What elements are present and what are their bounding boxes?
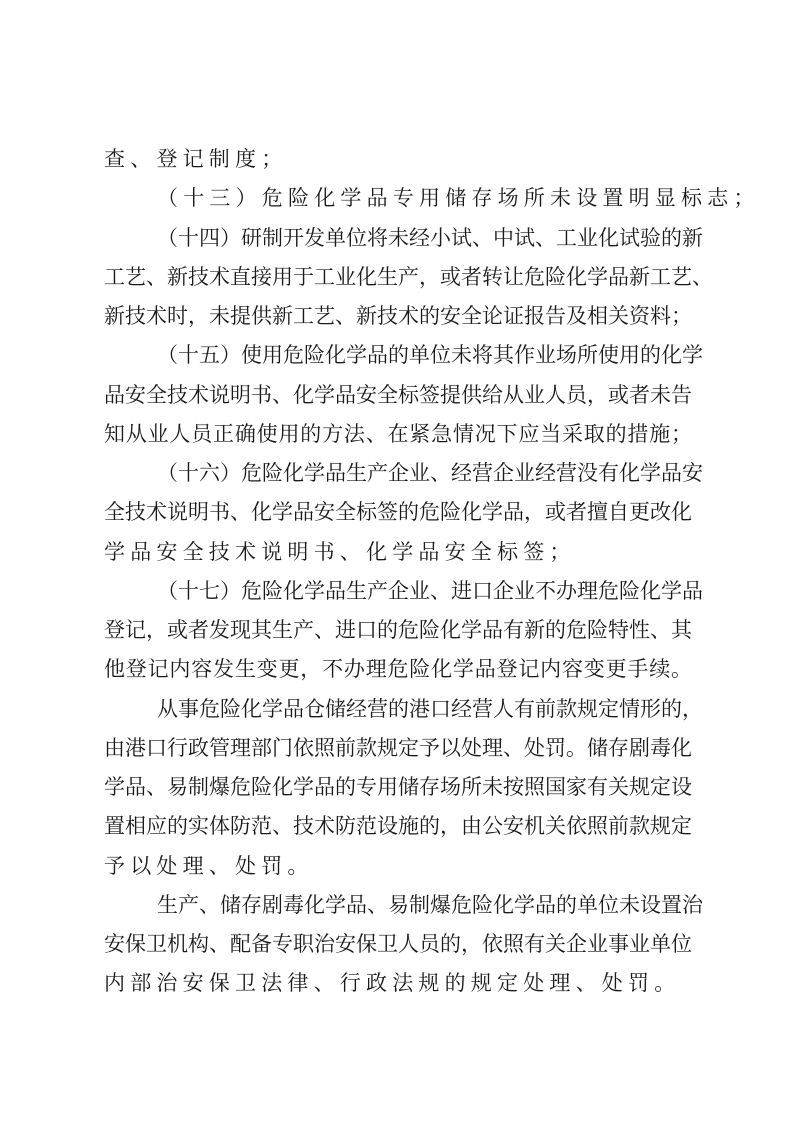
text-line: 置相应的实体防范、技术防范设施的，由公安机关依照前款规定	[104, 807, 692, 846]
text-line: 学品、易制爆危险化学品的专用储存场所未按照国家有关规定设	[104, 768, 692, 807]
text-line: 由港口行政管理部门依照前款规定予以处理、处罚。储存剧毒化	[104, 729, 692, 768]
text-line: 工艺、新技术直接用于工业化生产，或者转让危险化学品新工艺、	[104, 258, 692, 297]
text-line: 新技术时，未提供新工艺、新技术的安全论证报告及相关资料；	[104, 297, 692, 336]
text-line: 他登记内容发生变更，不办理危险化学品登记内容变更手续。	[104, 650, 692, 689]
text-line: （十三）危险化学品专用储存场所未设置明显标志；	[104, 179, 692, 218]
paragraph-continuation: 查、登记制度；	[104, 140, 692, 179]
paragraph-item-14: （十四）研制开发单位将未经小试、中试、工业化试验的新 工艺、新技术直接用于工业化…	[104, 219, 692, 337]
text-line: 登记，或者发现其生产、进口的危险化学品有新的危险特性、其	[104, 611, 692, 650]
paragraph-item-15: （十五）使用危险化学品的单位未将其作业场所使用的化学 品安全技术说明书、化学品安…	[104, 336, 692, 454]
text-line: （十四）研制开发单位将未经小试、中试、工业化试验的新	[104, 219, 692, 258]
text-line: 品安全技术说明书、化学品安全标签提供给从业人员，或者未告	[104, 376, 692, 415]
paragraph-item-17: （十七）危险化学品生产企业、进口企业不办理危险化学品 登记，或者发现其生产、进口…	[104, 572, 692, 690]
text-line: 从事危险化学品仓储经营的港口经营人有前款规定情形的，	[104, 690, 692, 729]
text-line: 予以处理、处罚。	[104, 847, 692, 886]
paragraph-port-operator: 从事危险化学品仓储经营的港口经营人有前款规定情形的， 由港口行政管理部门依照前款…	[104, 690, 692, 886]
document-page: 查、登记制度； （十三）危险化学品专用储存场所未设置明显标志； （十四）研制开发…	[104, 140, 692, 1004]
text-line: （十七）危险化学品生产企业、进口企业不办理危险化学品	[104, 572, 692, 611]
paragraph-item-16: （十六）危险化学品生产企业、经营企业经营没有化学品安 全技术说明书、化学品安全标…	[104, 454, 692, 572]
text-line: 内部治安保卫法律、行政法规的规定处理、处罚。	[104, 964, 692, 1003]
text-line: 全技术说明书、化学品安全标签的危险化学品，或者擅自更改化	[104, 493, 692, 532]
text-line: （十六）危险化学品生产企业、经营企业经营没有化学品安	[104, 454, 692, 493]
text-line: 查、登记制度；	[104, 140, 692, 179]
text-line: 学品安全技术说明书、化学品安全标签；	[104, 533, 692, 572]
text-line: （十五）使用危险化学品的单位未将其作业场所使用的化学	[104, 336, 692, 375]
paragraph-security-units: 生产、储存剧毒化学品、易制爆危险化学品的单位未设置治 安保卫机构、配备专职治安保…	[104, 886, 692, 1004]
text-line: 生产、储存剧毒化学品、易制爆危险化学品的单位未设置治	[104, 886, 692, 925]
text-line: 安保卫机构、配备专职治安保卫人员的，依照有关企业事业单位	[104, 925, 692, 964]
paragraph-item-13: （十三）危险化学品专用储存场所未设置明显标志；	[104, 179, 692, 218]
text-line: 知从业人员正确使用的方法、在紧急情况下应当采取的措施；	[104, 415, 692, 454]
